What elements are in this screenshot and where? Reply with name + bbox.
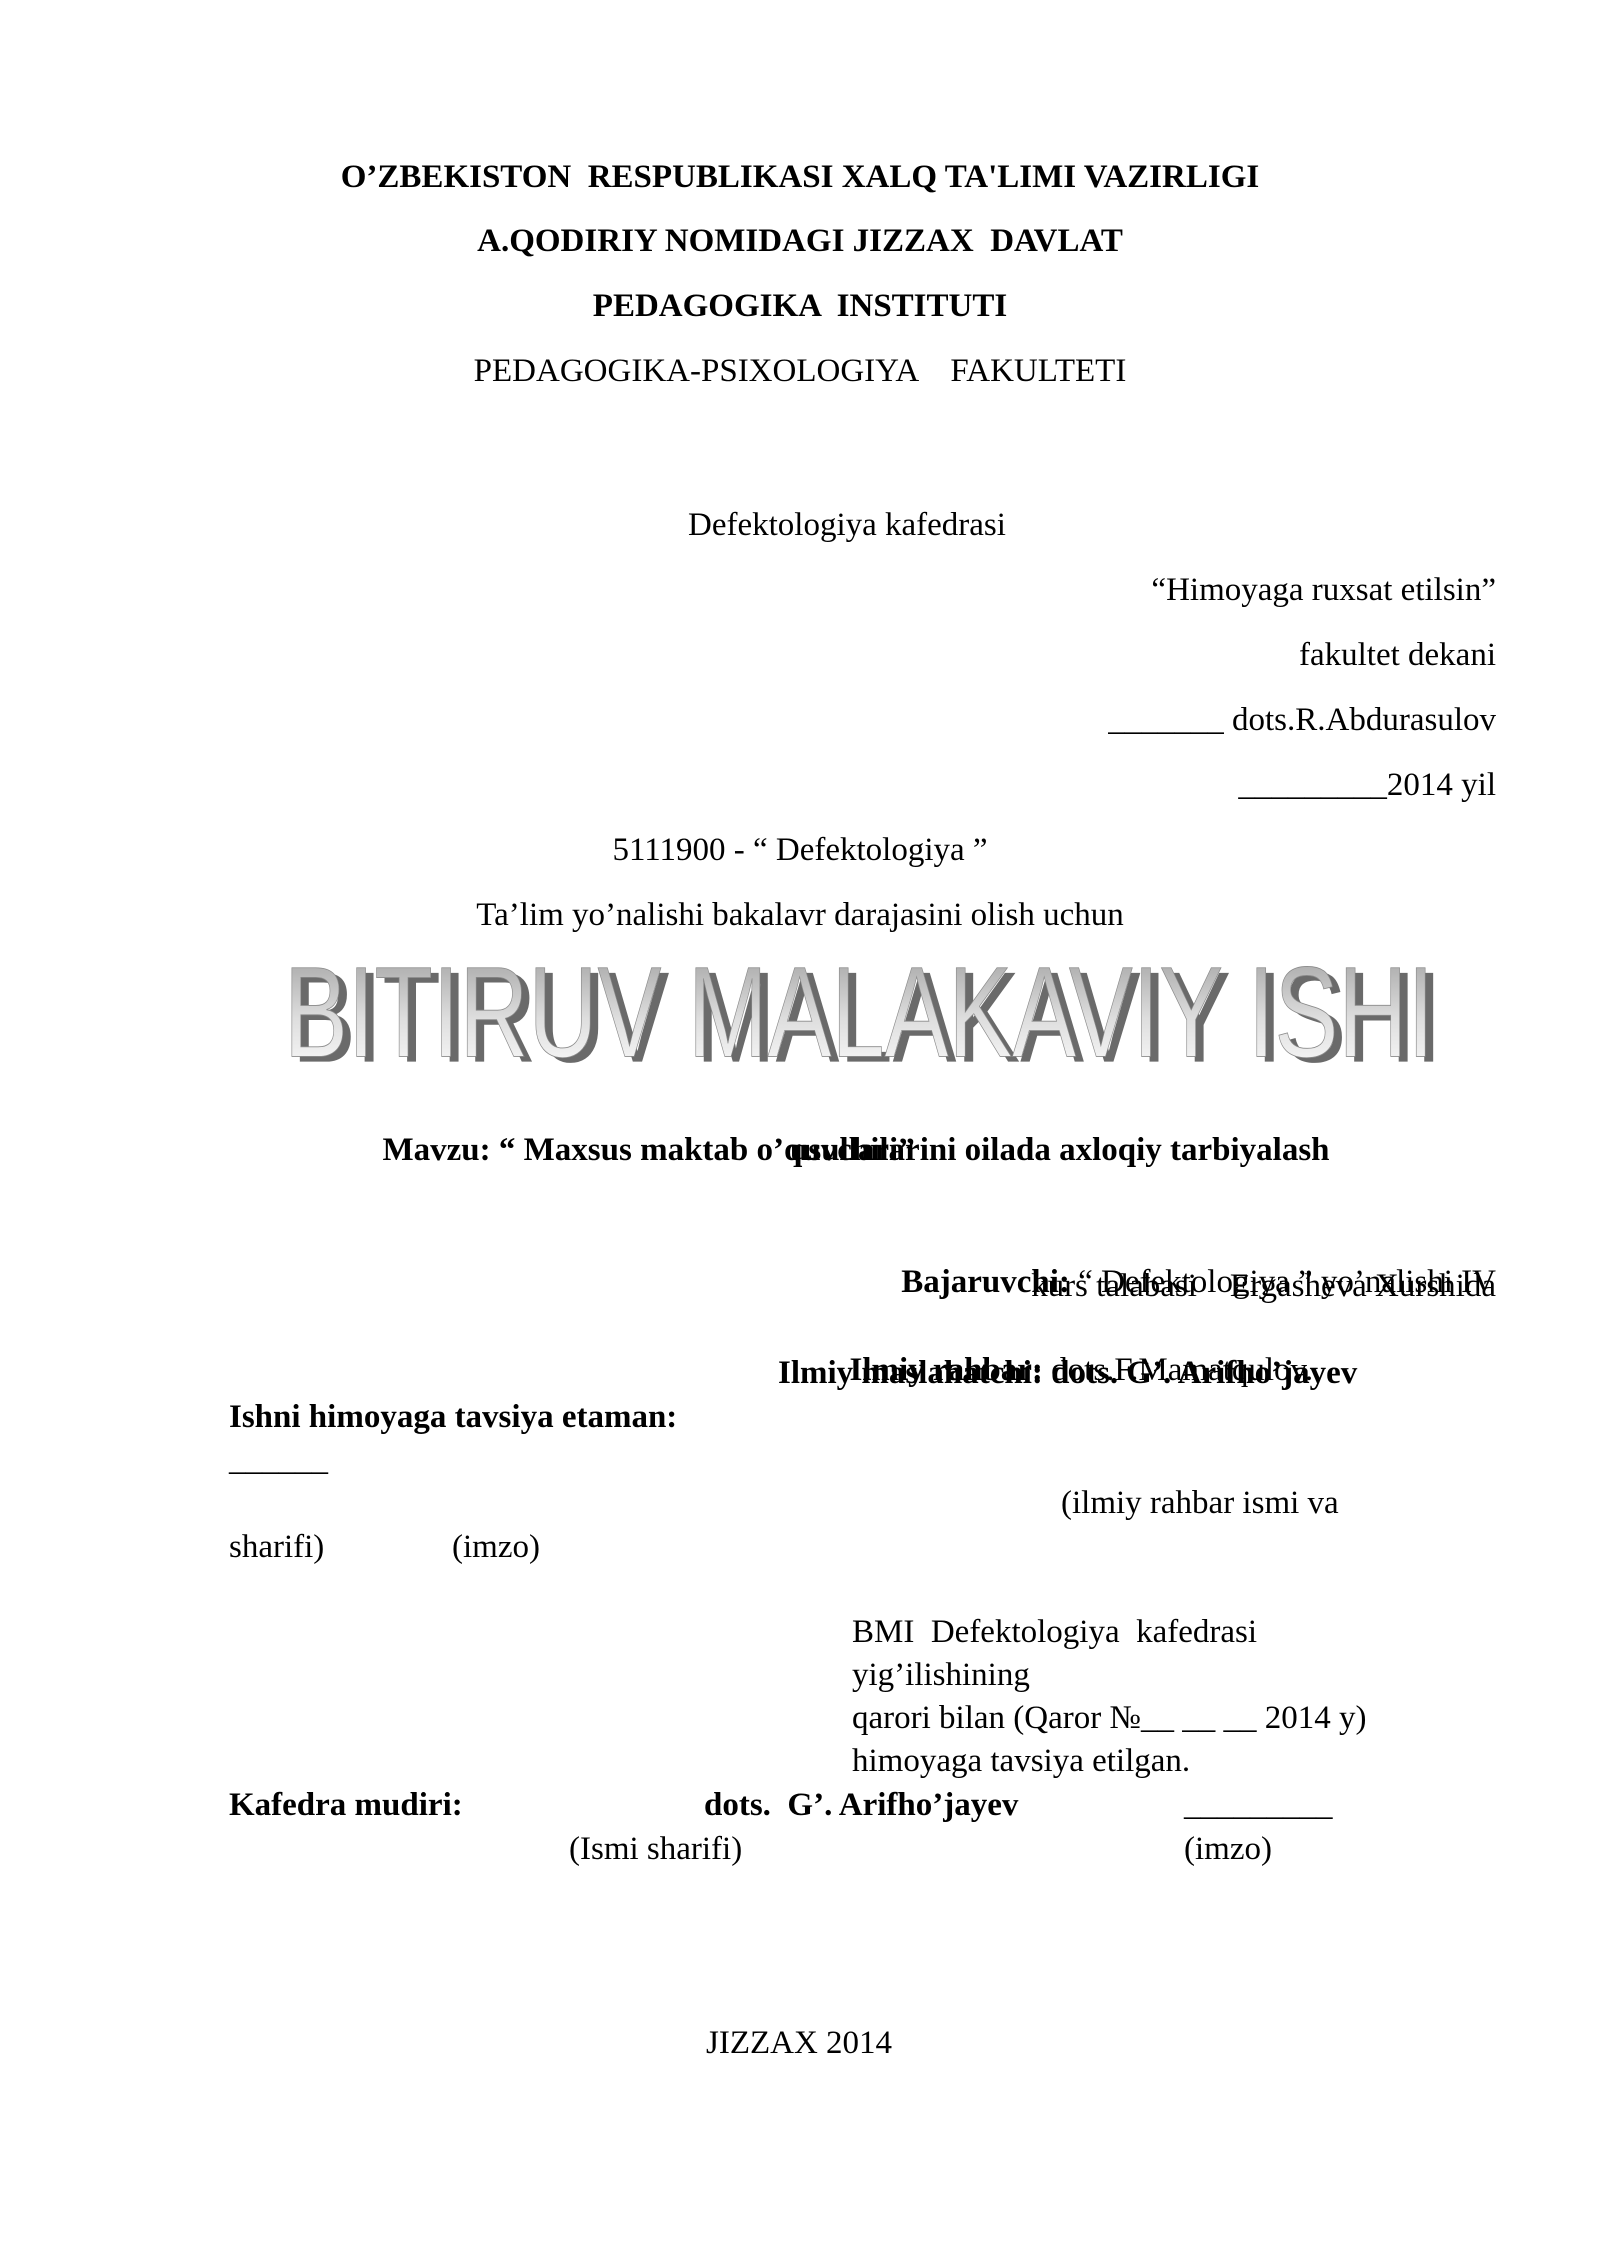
meeting-line-3: qarori bilan (Qaror №__ __ __ 2014 y): [852, 1698, 1366, 1738]
specialty-code: 5111900 - “ Defektologiya ”: [0, 830, 1600, 870]
head-signature-caption: (imzo): [1184, 1829, 1272, 1869]
head-name: dots. G’. Arifho’jayev: [704, 1785, 1018, 1825]
recommendation-caption-name-cont: sharifi): [229, 1527, 324, 1567]
institute-heading-line2: PEDAGOGIKA INSTITUTI: [0, 286, 1600, 326]
recommendation-heading: Ishni himoyaga tavsiya etaman:: [229, 1397, 677, 1437]
recommendation-caption-signature: (imzo): [452, 1527, 540, 1567]
topic-line2: usullari”: [790, 1130, 915, 1170]
department-name: Defektologiya kafedrasi: [688, 505, 1006, 545]
consultant: Ilmiy maslahatchi: dots. G’. Arifho’jaye…: [778, 1353, 1357, 1393]
topic-label: Mavzu:: [383, 1132, 491, 1168]
head-signature-blank: _________: [1184, 1785, 1333, 1825]
meeting-line-2: yig’ilishining: [852, 1655, 1030, 1695]
recommendation-signature-blank: ______: [229, 1440, 328, 1480]
footer-city-year: JIZZAX 2014: [706, 2023, 892, 2063]
head-label: Kafedra mudiri:: [229, 1785, 463, 1825]
meeting-line-4: himoyaga tavsiya etilgan.: [852, 1741, 1190, 1781]
performer-student: kurs talabasi Ergasheva Xurshida: [1031, 1266, 1496, 1306]
head-name-caption: (Ismi sharifi): [569, 1829, 742, 1869]
ministry-heading: O’ZBEKISTON RESPUBLIKASI XALQ TA'LIMI VA…: [0, 157, 1600, 197]
approval-line-1: “Himoyaga ruxsat etilsin”: [1151, 570, 1496, 610]
faculty-heading: PEDAGOGIKA-PSIXOLOGIYA FAKULTETI: [0, 351, 1600, 391]
approval-dean-signature: _______ dots.R.Abdurasulov: [1108, 700, 1496, 740]
institute-heading-line1: A.QODIRIY NOMIDAGI JIZZAX DAVLAT: [0, 221, 1600, 261]
approval-date: _________2014 yil: [1238, 765, 1496, 805]
specialty-purpose: Ta’lim yo’nalishi bakalavr darajasini ol…: [0, 895, 1600, 935]
svg-text:BITIRUV MALAKAVIY ISHI: BITIRUV MALAKAVIY ISHI: [284, 955, 1434, 1080]
meeting-line-1: BMI Defektologiya kafedrasi: [852, 1612, 1257, 1652]
thesis-title-wordart: BITIRUV MALAKAVIY ISHI BITIRUV MALAKAVIY…: [278, 955, 1444, 1080]
approval-line-2: fakultet dekani: [1299, 635, 1496, 675]
recommendation-caption-name: (ilmiy rahbar ismi va: [1061, 1483, 1339, 1523]
